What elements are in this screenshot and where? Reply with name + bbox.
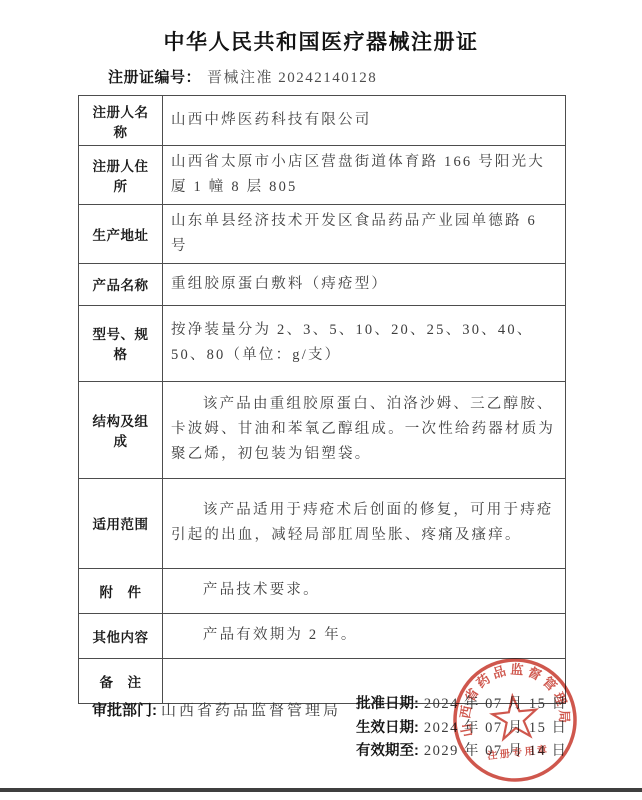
table-row-model-spec: 型号、规格 按净装量分为 2、3、5、10、20、25、30、40、50、80（… <box>79 305 566 381</box>
table-row-product-name: 产品名称 重组胶原蛋白敷料（痔疮型） <box>79 263 566 305</box>
effective-date-line: 生效日期:2024 年 07 月 15 日 <box>356 716 567 740</box>
cert-number-value: 晋械注准 20242140128 <box>207 70 377 86</box>
expiry-date-label: 有效期至: <box>356 743 419 759</box>
certificate-page: 中华人民共和国医疗器械注册证 注册证编号：晋械注准 20242140128 注册… <box>0 0 642 800</box>
page-title: 中华人民共和国医疗器械注册证 <box>0 26 642 56</box>
approval-department-line: 审批部门:山西省药品监督管理局 <box>92 699 341 720</box>
row-value: 山东单县经济技术开发区食品药品产业园单德路 6 号 <box>163 204 566 263</box>
approval-date-line: 批准日期:2024 年 07 月 15 日 <box>356 692 567 716</box>
cert-number-label: 注册证编号： <box>108 69 201 86</box>
table-row-registrant-address: 注册人住所 山西省太原市小店区营盘街道体育路 166 号阳光大厦 1 幢 8 层… <box>79 146 566 205</box>
row-label: 备 注 <box>79 658 163 703</box>
row-label: 注册人住所 <box>79 146 163 205</box>
page-bottom-scan-edge <box>0 788 642 792</box>
row-label: 产品名称 <box>79 263 163 305</box>
approval-department-label: 审批部门: <box>92 702 157 719</box>
row-label: 其他内容 <box>79 613 163 658</box>
row-value: 该产品由重组胶原蛋白、泊洛沙姆、三乙醇胺、卡波姆、甘油和苯氧乙醇组成。一次性给药… <box>163 381 566 478</box>
approval-date-label: 批准日期: <box>356 696 419 712</box>
row-value: 按净装量分为 2、3、5、10、20、25、30、40、50、80（单位：g/支… <box>163 305 566 381</box>
row-value: 产品有效期为 2 年。 <box>163 613 566 658</box>
row-label: 型号、规格 <box>79 305 163 381</box>
approval-department-value: 山西省药品监督管理局 <box>161 703 341 719</box>
table-row-registrant-name: 注册人名称 山西中烨医药科技有限公司 <box>79 96 566 146</box>
row-value: 山西中烨医药科技有限公司 <box>163 96 566 146</box>
table-row-structure-composition: 结构及组成 该产品由重组胶原蛋白、泊洛沙姆、三乙醇胺、卡波姆、甘油和苯氧乙醇组成… <box>79 381 566 478</box>
table-row-attachment: 附 件 产品技术要求。 <box>79 568 566 613</box>
row-label: 适用范围 <box>79 478 163 568</box>
row-label: 结构及组成 <box>79 381 163 478</box>
row-value: 重组胶原蛋白敷料（痔疮型） <box>163 263 566 305</box>
dates-block: 批准日期:2024 年 07 月 15 日 生效日期:2024 年 07 月 1… <box>356 692 567 763</box>
expiry-date-line: 有效期至:2029 年 07 月 14 日 <box>356 739 567 763</box>
expiry-date-value: 2029 年 07 月 14 日 <box>424 743 568 759</box>
table-row-production-address: 生产地址 山东单县经济技术开发区食品药品产业园单德路 6 号 <box>79 204 566 263</box>
row-value: 该产品适用于痔疮术后创面的修复，可用于痔疮引起的出血，减轻局部肛周坠胀、疼痛及瘙… <box>163 478 566 568</box>
row-value: 产品技术要求。 <box>163 568 566 613</box>
effective-date-label: 生效日期: <box>356 720 419 736</box>
row-label: 生产地址 <box>79 204 163 263</box>
effective-date-value: 2024 年 07 月 15 日 <box>424 720 568 736</box>
row-label: 注册人名称 <box>79 96 163 146</box>
approval-date-value: 2024 年 07 月 15 日 <box>424 696 568 712</box>
table-row-intended-use: 适用范围 该产品适用于痔疮术后创面的修复，可用于痔疮引起的出血，减轻局部肛周坠胀… <box>79 478 566 568</box>
row-value: 山西省太原市小店区营盘街道体育路 166 号阳光大厦 1 幢 8 层 805 <box>163 146 566 205</box>
cert-number-line: 注册证编号：晋械注准 20242140128 <box>108 66 377 87</box>
table-row-other-content: 其他内容 产品有效期为 2 年。 <box>79 613 566 658</box>
certificate-table: 注册人名称 山西中烨医药科技有限公司 注册人住所 山西省太原市小店区营盘街道体育… <box>78 95 566 704</box>
row-label: 附 件 <box>79 568 163 613</box>
